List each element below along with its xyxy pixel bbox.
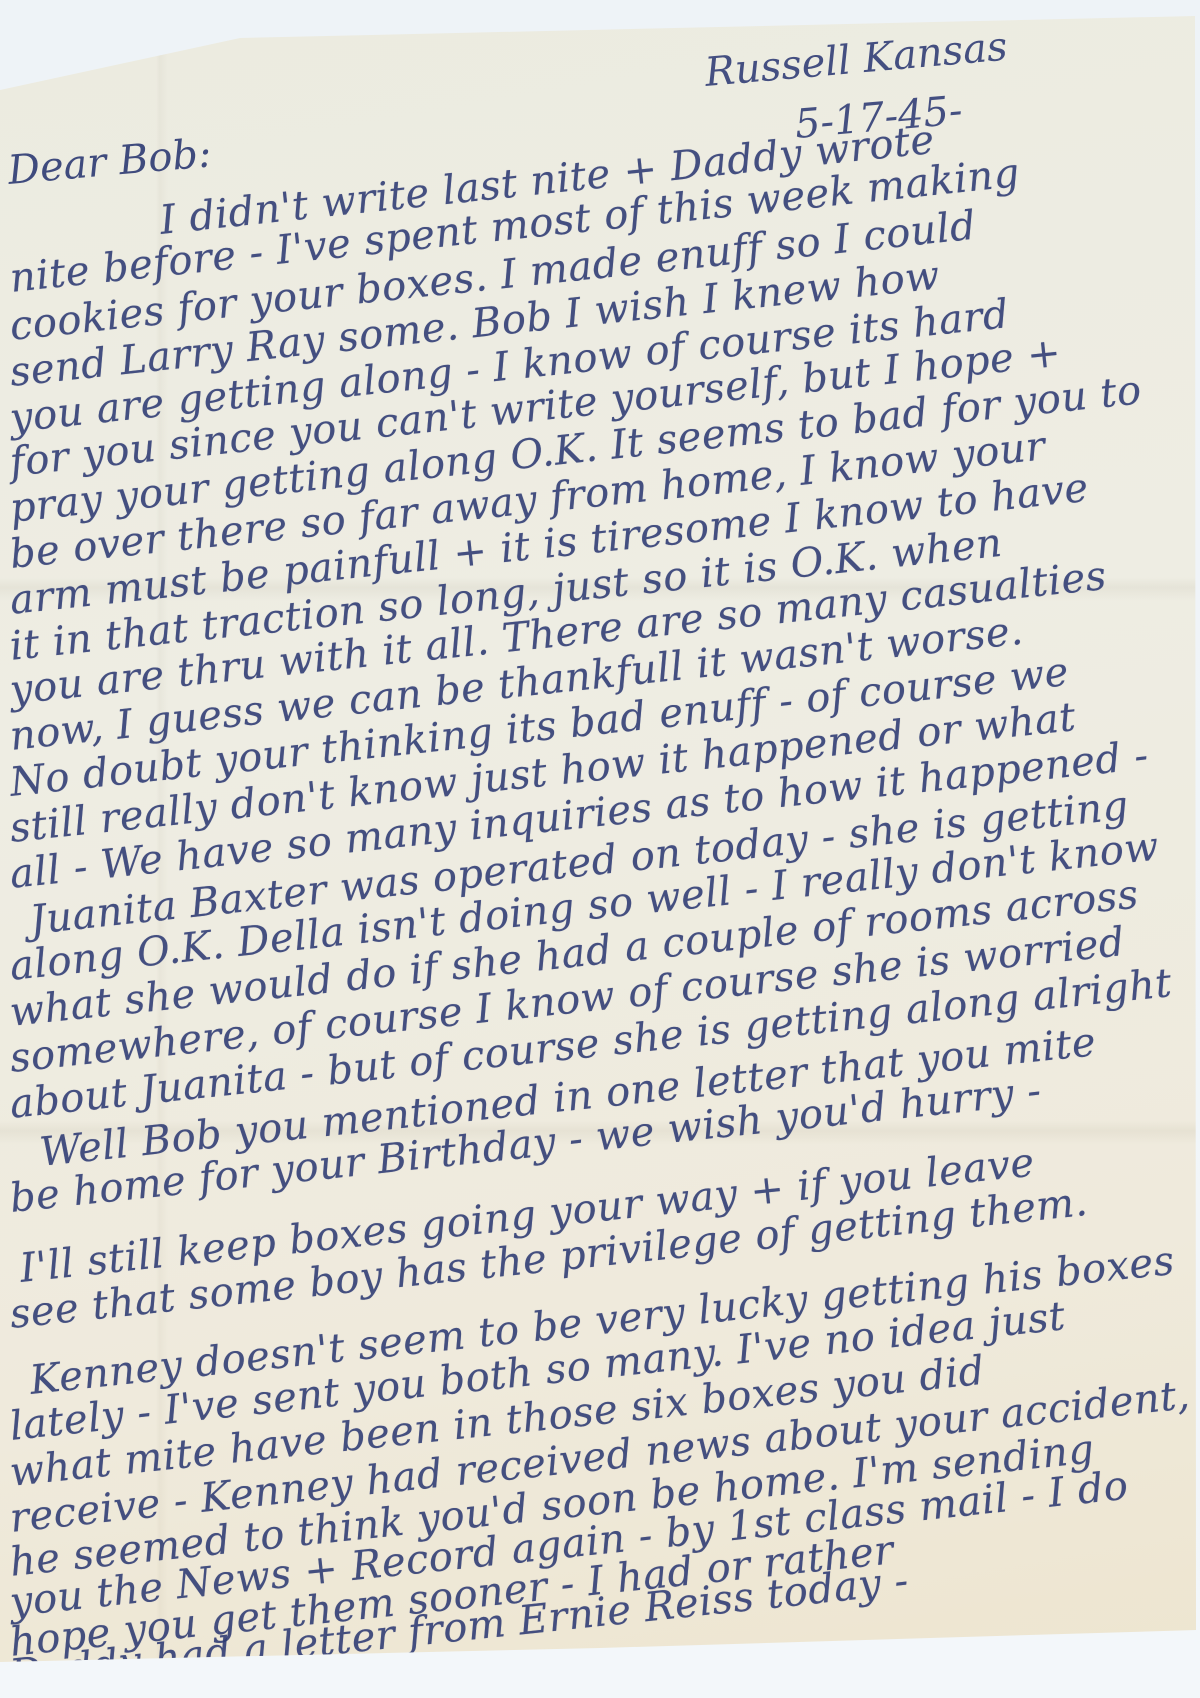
letter-paper: Russell Kansas 5-17-45- Dear Bob: I didn… [0, 0, 1200, 1698]
letter-salutation: Dear Bob: [6, 130, 213, 194]
letter-body: Russell Kansas 5-17-45- Dear Bob: I didn… [0, 0, 1200, 1698]
letter-place: Russell Kansas [703, 24, 1009, 96]
